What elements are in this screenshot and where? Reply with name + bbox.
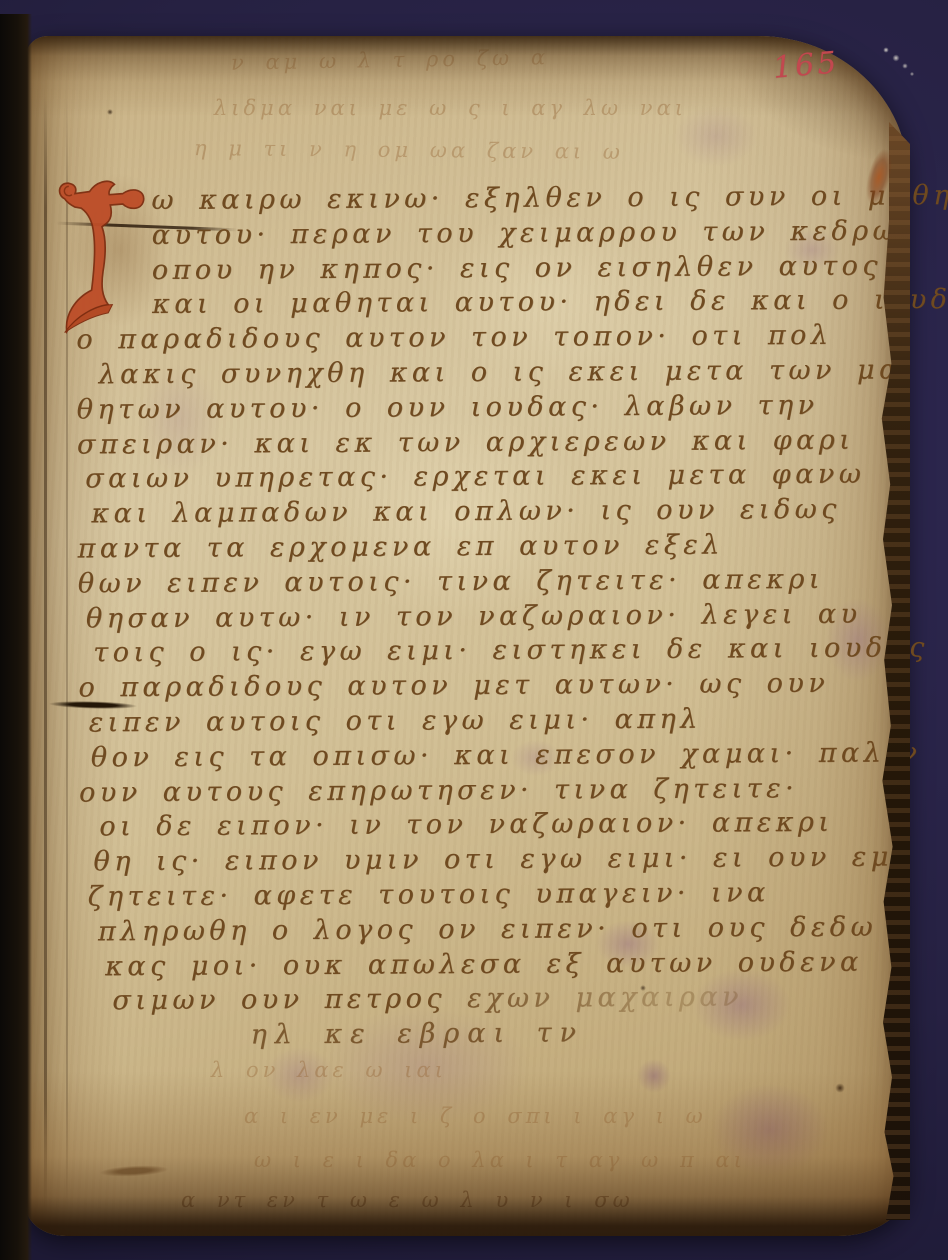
manuscript-line: θων ειπεν αυτοις· τινα ζητειτε· απεκρι — [78, 562, 878, 602]
ghost-line: λ ον λαε ω ιαι — [211, 1058, 447, 1082]
manuscript-line: οι δε ειπον· ιν τον ναζωραιον· απεκρι — [99, 806, 879, 846]
manuscript-line: ο παραδιδους αυτον τον τοπον· οτι πολ — [76, 319, 876, 359]
manuscript-line: αυτου· περαν του χειμαρρου των κεδρω — [76, 214, 876, 254]
ghost-line: η μ τι ν η ομ ωα ζαν αι ω — [194, 136, 624, 164]
manuscript-line: θον εις τα οπισω· και επεσον χαμαι· παλι… — [91, 736, 879, 776]
ghost-line: ν αμ ω λ τ ρο ζω α — [231, 45, 549, 75]
manuscript-line: ω καιρω εκινω· εξηλθεν ο ις συν οι μαθη — [75, 180, 875, 220]
manuscript-line: κας μοι· ουκ απωλεσα εξ αυτων ουδενα — [105, 945, 880, 985]
manuscript-line: σπειραν· και εκ των αρχιερεων και φαρι — [77, 423, 877, 463]
manuscript-line: θητων αυτου· ο ουν ιουδας· λαβων την — [77, 388, 877, 428]
manuscript-line: και οι μαθηται αυτου· ηδει δε και ο ιουδ… — [76, 284, 876, 324]
folio-number: 165 — [772, 45, 841, 86]
manuscript-line: ο παραδιδους αυτον μετ αυτων· ως ουν — [78, 667, 878, 707]
text-block: ω καιρω εκινω· εξηλθεν ο ις συν οι μαθη … — [75, 180, 880, 1055]
page-fore-edge — [880, 122, 910, 1220]
manuscript-line: λακις συνηχθη και ο ις εκει μετα των μα — [98, 354, 876, 394]
manuscript-line: τοις ο ις· εγω ειμι· ειστηκει δε και ιου… — [93, 632, 878, 672]
manuscript-line: παντα τα ερχομενα επ αυτον εξελ — [77, 528, 877, 568]
ghost-line: α ντ εν τ ω ε ω λ υ ν ι σω — [181, 1188, 634, 1212]
manuscript-ending-line: ηλ κε εβραι τν — [250, 1015, 880, 1054]
ghost-line: α ι εν με ι ζ ο σπι ι αγ ι ω — [244, 1104, 707, 1128]
manuscript-line: σιμων ουν πετρος εχων μαχαιραν — [112, 980, 880, 1019]
gutter-crease — [44, 96, 47, 1216]
manuscript-line: και λαμπαδων και οπλων· ις ουν ειδως — [91, 493, 877, 533]
manuscript-page: 165 ν αμ ω λ τ ρο ζω α λιδμα ναι με ω ς … — [26, 36, 908, 1236]
manuscript-line: θη ις· ειπον υμιν οτι εγω ειμι· ει ουν ε… — [93, 841, 879, 881]
manuscript-line: οπου ην κηπος· εις ον εισηλθεν αυτος — [76, 249, 876, 289]
manuscript-line: ζητειτε· αφετε τουτοις υπαγειν· ινα — [88, 875, 880, 915]
manuscript-line: θησαν αυτω· ιν τον ναζωραιον· λεγει αυ — [86, 597, 878, 637]
parchment-slit-bottom — [88, 1162, 181, 1181]
manuscript-photo: 165 ν αμ ω λ τ ρο ζω α λιδμα ναι με ω ς … — [0, 0, 948, 1260]
ghost-line: ω ι ε ι δα ο λα ι τ αγ ω π αι — [254, 1148, 746, 1172]
manuscript-line: σαιων υπηρετας· ερχεται εκει μετα φανω — [85, 458, 877, 498]
ghost-line: λιδμα ναι με ω ς ι αγ λω ναι — [214, 96, 687, 120]
manuscript-line: πληρωθη ο λογος ον ειπεν· οτι ους δεδω — [98, 910, 880, 950]
book-spine — [0, 14, 32, 1260]
manuscript-line: ουν αυτους επηρωτησεν· τινα ζητειτε· — [79, 771, 879, 811]
manuscript-line: ειπεν αυτοις οτι εγω ειμι· απηλ — [89, 702, 879, 742]
